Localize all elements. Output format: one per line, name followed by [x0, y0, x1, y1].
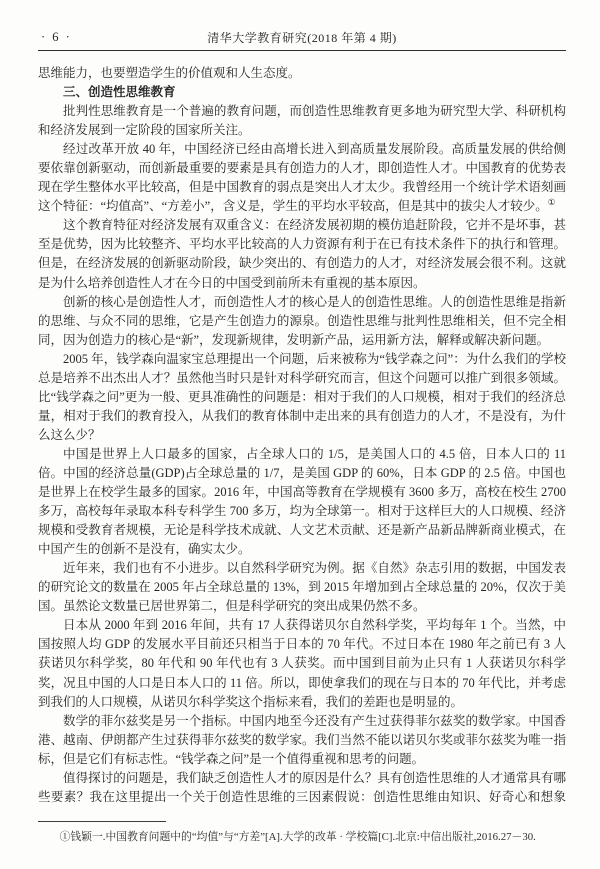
header-rule: [38, 50, 566, 51]
paragraph: 创新的核心是创造性人才，而创造性人才的核心是人的创造性思维。人的创造性思维是指新…: [38, 293, 566, 350]
paragraph-text: 经过改革开放 40 年，中国经济已经由高增长进入到高质量发展阶段。高质量发展的供…: [38, 142, 566, 213]
running-header: · 6 · 清华大学教育研究(2018 年第 4 期): [38, 29, 566, 46]
paragraph: 中国是世界上人口最多的国家，占全球人口的 1/5，是美国人口的 4.5 倍，日本…: [38, 445, 566, 559]
journal-page: · 6 · 清华大学教育研究(2018 年第 4 期) 思维能力，也要塑造学生的…: [0, 0, 600, 869]
page-number: · 6 ·: [41, 30, 72, 45]
footnote-marker: ①: [60, 831, 71, 843]
paragraph: 2005 年，钱学森向温家宝总理提出一个问题，后来被称为“钱学森之问”：为什么我…: [38, 350, 566, 445]
footnote-text: 钱颖一.中国教育问题中的“均值”与“方差”[A].大学的改革 · 学校篇[C].…: [70, 831, 535, 843]
paragraph: 近年来，我们也有不小进步。以自然科学研究为例。据《自然》杂志引用的数据，中国发表…: [38, 559, 566, 616]
paragraph: 日本从 2000 年到 2016 年间，共有 17 人获得诺贝尔自然科学奖，平均…: [38, 616, 566, 711]
journal-title: 清华大学教育研究(2018 年第 4 期): [38, 29, 566, 46]
paragraph: 值得探讨的问题是，我们缺乏创造性人才的原因是什么？具有创造性思维的人才通常具有哪…: [38, 769, 566, 808]
footnote-reference: ①: [548, 197, 556, 207]
footnote-divider: [38, 821, 166, 822]
article-body: 思维能力，也要塑造学生的价值观和人生态度。 三、创造性思维教育 批判性思维教育是…: [38, 64, 566, 808]
paragraph: 数学的菲尔兹奖是另一个指标。中国内地至今还没有产生过获得菲尔兹奖的数学家。中国香…: [38, 712, 566, 769]
paragraph: 思维能力，也要塑造学生的价值观和人生态度。: [38, 64, 566, 83]
paragraph: 经过改革开放 40 年，中国经济已经由高增长进入到高质量发展阶段。高质量发展的供…: [38, 140, 566, 216]
paragraph: 这个教育特征对经济发展有双重含义：在经济发展初期的模仿追赶阶段，它并不是坏事，甚…: [38, 216, 566, 292]
paragraph: 批判性思维教育是一个普遍的教育问题，而创造性思维教育更多地为研究型大学、科研机构…: [38, 102, 566, 140]
footnote: ①钱颖一.中国教育问题中的“均值”与“方差”[A].大学的改革 · 学校篇[C]…: [38, 830, 566, 844]
section-heading: 三、创造性思维教育: [38, 83, 566, 102]
footnote-area: ①钱颖一.中国教育问题中的“均值”与“方差”[A].大学的改革 · 学校篇[C]…: [38, 821, 566, 844]
